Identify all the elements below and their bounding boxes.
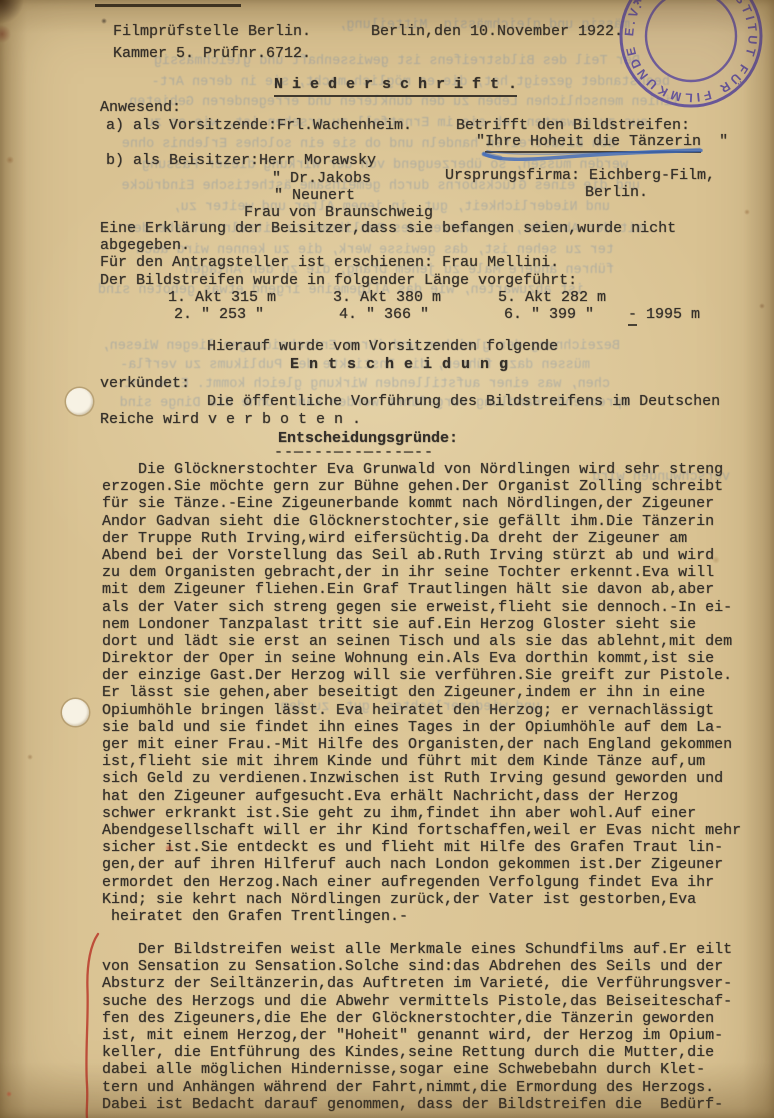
reasons-line: dabei alle möglichen Hindernisse,sogar e… [102, 1061, 732, 1078]
total-length: - 1995 m [628, 306, 700, 323]
synopsis-line: ist,flieht sie mit ihrem Kinde und führt… [102, 753, 741, 770]
reasons-line: Absturz der Seiltänzerin,das Auftreten i… [102, 975, 732, 992]
origin-city: Berlin. [585, 184, 648, 201]
synopsis-line: ermordet den Herzog.Nach einer aufregend… [102, 874, 741, 891]
assessor-4: Frau von Braunschweig [244, 204, 433, 221]
reasons-line: fen des Zigeuners,die Ehe der Glöcknerst… [102, 1010, 732, 1027]
reasons-line: ist, mit einem Herzog,der "Hoheit" genan… [102, 1027, 732, 1044]
procedural-statements: Eine Erklärung der Beisitzer,dass sie be… [100, 220, 676, 289]
assessor-2: " Dr.Jakobs [272, 170, 371, 187]
synopsis-line: der Truppe Ruth Irving,wird eifersüchtig… [102, 530, 741, 547]
synopsis-line: nem Londoner Tanzpalast tritt sie auf.Ei… [102, 616, 741, 633]
synopsis-line: Abend bei der Vorstellung das Seil ab.Ru… [102, 547, 741, 564]
synopsis-line: zu dem Organisten gebracht,der in ihr se… [102, 564, 741, 581]
synopsis-line: Andor Gadvan sieht die Glöcknerstochter,… [102, 513, 741, 530]
synopsis-line: Abendgesellschaft will er ihr Kind forts… [102, 822, 741, 839]
decision-text-line2: Reiche wird v e r b o t e n . [100, 411, 361, 428]
chairwoman-line: a) als Vorsitzende:Frl.Wachenheim. [106, 117, 412, 134]
chamber-and-exam-number: Kammer 5. Prüfnr.6712. [113, 45, 311, 62]
assessor-1: b) als Beisitzer:Herr Morawsky [106, 152, 376, 169]
stamp-outer-ring [621, 0, 761, 106]
synopsis-line: Kind; sie kehrt nach Nördlingen zurück,d… [102, 891, 741, 908]
synopsis-line: sie bald und sie findet ihn eines Tages … [102, 719, 741, 736]
subject-label: Betrifft den Bildstreifen: [456, 117, 690, 134]
synopsis-line: gen,der auf ihren Hilferuf auch nach Lon… [102, 856, 741, 873]
decision-heading: E n t s c h e i d u n g [290, 356, 509, 373]
decision-text-line1: Die öffentliche Vorführung des Bildstrei… [207, 393, 720, 410]
punch-hole-top [66, 388, 93, 415]
film-title: "Ihre Hoheit die Tänzerin " [476, 133, 728, 150]
reasons-line: von Sensation zu Sensation.Solche sind:d… [102, 958, 732, 975]
reasons-line: tern und Anhängen während der Fahrt,nimm… [102, 1079, 732, 1096]
document-date: Berlin,den 10.November 1922. [371, 23, 623, 40]
punch-hole-bottom [62, 699, 89, 726]
grounds-divider-rule: --—---—--—---—-- [274, 444, 434, 461]
act-length-6: 6. " 399 " [504, 306, 594, 323]
red-margin-line-annotation [86, 934, 98, 1118]
synopsis-line: Er lässt sie gehen,aber beseitigt den Zi… [102, 684, 741, 701]
synopsis-line: der einzige Gast.Der Herzog will sie ver… [102, 667, 741, 684]
act-length-3: 3. Akt 380 m [333, 289, 441, 306]
origin-company: Ursprungsfirma: Eichberg-Film, [445, 167, 715, 184]
reasons-line: Dabei ist Bedacht darauf genommen, dass … [102, 1096, 732, 1113]
synopsis-line: mit dem Zigeuner fliehen.Ein Graf Trautl… [102, 581, 741, 598]
synopsis-line: für sie Tänze.-Eine Zigeunerbande kommt … [102, 495, 741, 512]
film-synopsis-paragraph: Die Glöcknerstochter Eva Grunwald von Nö… [102, 461, 741, 925]
institut-fuer-filmkunde-stamp: INSTITUT FÜR FILMKUNDE E.V. ✱ [601, 0, 774, 110]
decision-announced: verkündet: [100, 375, 190, 392]
synopsis-line: erzogen.Sie möchte gern zur Bühne gehen.… [102, 478, 741, 495]
synopsis-line: ger mit einer Frau.-Mit Hilfe des Organi… [102, 736, 741, 753]
reasons-line: keller, die Entführung des Kindes,seine … [102, 1044, 732, 1061]
statement-line: Eine Erklärung der Beisitzer,dass sie be… [100, 220, 676, 237]
synopsis-line: sicher ist.Sie entdeckt es und flieht mi… [102, 839, 741, 856]
reasons-line: Der Bildstreifen weist alle Merkmale ein… [102, 941, 732, 958]
act-length-5: 5. Akt 282 m [498, 289, 606, 306]
attendance-label: Anwesend: [100, 99, 181, 116]
decision-intro: Hierauf wurde vom Vorsitzenden folgende [207, 338, 558, 355]
synopsis-line: heiratet den Grafen Trentlingen.- [102, 908, 741, 925]
act-length-2: 2. " 253 " [174, 306, 264, 323]
statement-line: Der Bildstreifen wurde in folgender Läng… [100, 272, 676, 289]
act-length-1: 1. Akt 315 m [168, 289, 276, 306]
decision-reasons-paragraph: Der Bildstreifen weist alle Merkmale ein… [102, 941, 732, 1113]
synopsis-line: schwer erkrankt ist.Sie geht zu ihm,find… [102, 805, 741, 822]
synopsis-line: Die Glöcknerstochter Eva Grunwald von Nö… [102, 461, 741, 478]
statement-line: abgegeben. [100, 237, 676, 254]
act-length-4: 4. " 366 " [339, 306, 429, 323]
statement-line: Für den Antragsteller ist erschienen: Fr… [100, 254, 676, 271]
synopsis-line: hat den Zigeuner aufgesucht.Eva erhält N… [102, 788, 741, 805]
synopsis-line: dort und lädt sie erst an seinen Tisch u… [102, 633, 741, 650]
reasons-line: suche des Herzogs und die Abwehr vermitt… [102, 993, 732, 1010]
document-title: N i e d e r s c h r i f t . [274, 76, 517, 93]
scanned-document-page: mässig und gleichmässig, Mitteilung,Der … [0, 0, 774, 1118]
synopsis-line: als der Vater sich streng gegen sie erwe… [102, 599, 741, 616]
clipped-header-abschrift: Abschrift. [95, 0, 241, 7]
synopsis-line: Direktor der Oper in seine Wohnung ein.A… [102, 650, 741, 667]
synopsis-line: sich Geld zu verdienen.Inzwischen ist Ru… [102, 770, 741, 787]
assessor-3: " Neunert [274, 187, 355, 204]
synopsis-line: Opiumhöhle bringen lässt. Eva heiratet d… [102, 702, 741, 719]
issuing-office: Filmprüfstelle Berlin. [113, 23, 311, 40]
